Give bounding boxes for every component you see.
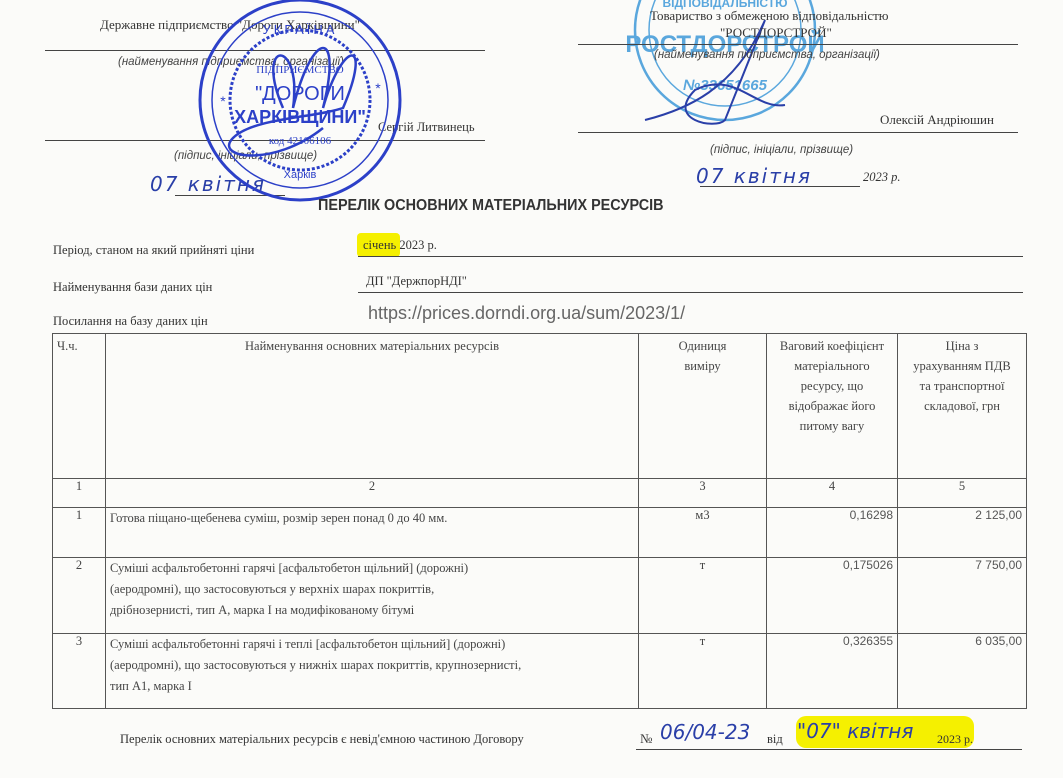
right-organization-line1: Товариство з обмеженою відповідальністю	[650, 8, 889, 24]
materials-table: Ч.ч. Найменування основних матеріальних …	[52, 333, 1027, 709]
field-value-period: січень 2023 р.	[363, 238, 437, 253]
divider	[578, 132, 1018, 133]
right-org-caption: (найменування підприємства, організації)	[654, 49, 880, 61]
divider	[578, 44, 1018, 45]
header-unit: Одиниця виміру	[639, 334, 767, 479]
divider	[358, 256, 1023, 257]
svg-text:код 42106106: код 42106106	[269, 135, 332, 147]
field-label-db-name: Найменування бази даних цін	[53, 280, 212, 295]
table-row: 2 Суміші асфальтобетонні гарячі [асфальт…	[53, 558, 1027, 634]
header-price: Ціна з урахуванням ПДВ та транспортної с…	[898, 334, 1027, 479]
header-number: Ч.ч.	[53, 334, 106, 479]
contract-number: 06/04-23	[660, 720, 750, 744]
right-signatory: Олексій Андріюшин	[880, 112, 994, 128]
svg-text:ПІДПРИЄМСТВО: ПІДПРИЄМСТВО	[256, 64, 344, 76]
divider	[700, 186, 860, 187]
company-stamp-icon: УКРАЇНА ПІДПРИЄМСТВО "ДОРОГИ ХАРКІВЩИНИ"…	[193, 0, 408, 208]
from-label: від	[767, 732, 783, 747]
column-number-row: 1 2 3 4 5	[53, 479, 1027, 508]
contract-number-prefix: №	[640, 731, 652, 747]
right-date-year: 2023 р.	[863, 170, 901, 185]
svg-text:*: *	[375, 80, 381, 96]
stamp-top-text: УКРАЇНА	[263, 22, 338, 37]
right-organization-line2: "РОСТДОРСТРОЙ"	[720, 25, 832, 41]
table-header-row: Ч.ч. Найменування основних матеріальних …	[53, 334, 1027, 479]
field-label-db-link: Посилання на базу даних цін	[53, 314, 208, 329]
svg-text:*: *	[220, 93, 226, 109]
footer-year: 2023 р.	[937, 732, 973, 747]
footer-date-handwritten: "07" квітня	[797, 719, 913, 743]
svg-text:Харків: Харків	[284, 169, 317, 181]
divider	[358, 292, 1023, 293]
header-weight: Ваговий коефіцієнт матеріального ресурсу…	[767, 334, 898, 479]
table-row: 3 Суміші асфальтобетонні гарячі і теплі …	[53, 634, 1027, 709]
svg-text:"ДОРОГИ: "ДОРОГИ	[255, 83, 345, 105]
table-row: 1 Готова піщано-щебенева суміш, розмір з…	[53, 508, 1027, 558]
header-name: Найменування основних матеріальних ресур…	[106, 334, 639, 479]
svg-text:ХАРКІВЩИНИ": ХАРКІВЩИНИ"	[234, 107, 366, 127]
divider	[636, 749, 1022, 750]
footer-text: Перелік основних матеріальних ресурсів є…	[120, 732, 524, 747]
field-value-db-name: ДП "ДержпорНДІ"	[366, 274, 467, 289]
right-date-handwritten: 07 квітня	[696, 164, 812, 188]
right-sign-caption: (підпис, ініціали, прізвище)	[710, 144, 853, 156]
page-title: ПЕРЕЛІК ОСНОВНИХ МАТЕРІАЛЬНИХ РЕСУРСІВ	[318, 197, 664, 215]
field-value-db-link[interactable]: https://prices.dorndi.org.ua/sum/2023/1/	[368, 303, 685, 324]
field-label-period: Період, станом на який прийняті ціни	[53, 243, 254, 258]
